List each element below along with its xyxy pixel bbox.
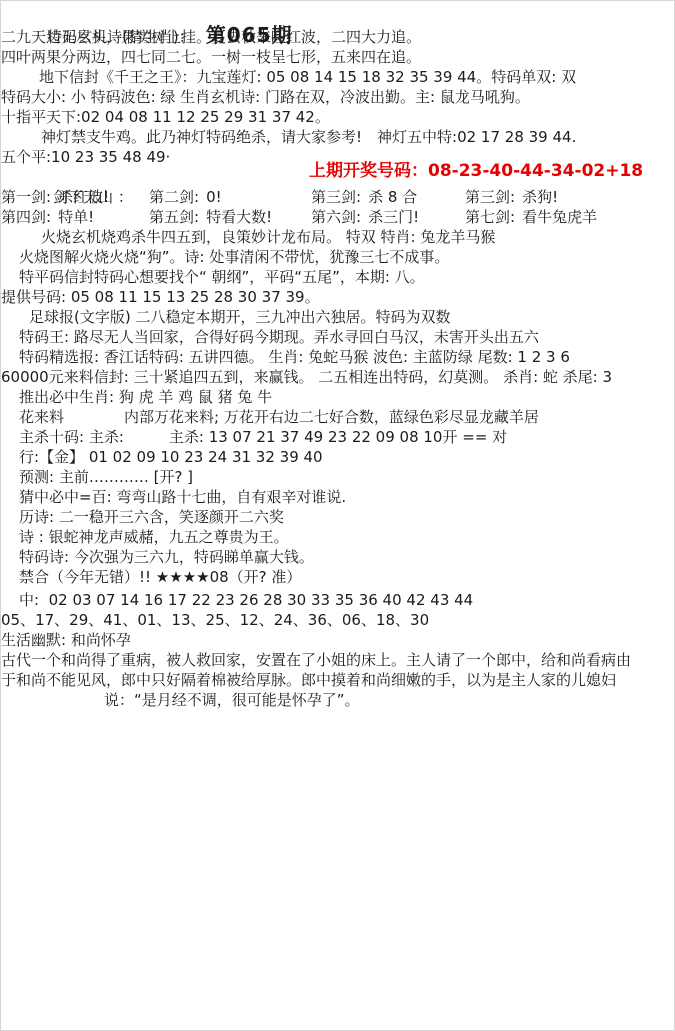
sword-7-value: 杀三门!: [368, 208, 419, 226]
lottery-tip-sheet: 特码玄机诗(猜生肖)：第065期 二九天边无尽头，果实树上挂。夏去秋来旺红波，二…: [0, 0, 675, 1031]
sword-5-value: 特单!: [58, 208, 94, 226]
tema-poem-line: 特码诗: 今次强为三六九，特码睇单赢大钱。: [1, 547, 674, 567]
sword-6-value: 特看大数!: [206, 208, 272, 226]
sword-2-value: 0!: [206, 188, 222, 206]
guess-hit-line: 猜中必中=百: 弯弯山路十七曲，自有艰辛对谁说.: [1, 487, 674, 507]
page-title: 特码玄机诗(猜生肖)：第065期: [1, 5, 674, 27]
number-sequence-line: 05、17、29、41、01、13、25、12、24、36、06、18、30: [1, 610, 674, 630]
sword-row-2: 第四剑:特单! 第五剑:特看大数! 第六剑:杀三门! 第七剑:看牛兔虎羊: [1, 207, 674, 227]
sword-section-header: 剑下天山 ： 上期开奖号码：08-23-40-44-34-02+18: [1, 167, 674, 187]
forecast-line: 预测: 主前………… [开? ]: [1, 467, 674, 487]
sword-8: 第七剑:看牛兔虎羊: [465, 207, 674, 227]
material-envelope-line: 60000元来料信封: 三十紧追四五到，来赢钱。 二五相连出特码，幻莫测。 杀肖…: [1, 367, 674, 387]
humor-story-line-1: 古代一个和尚得了重病，被人救回家，安置在了小姐的床上。主人请了一个郎中，给和尚看…: [1, 650, 674, 670]
dixia-envelope-line: 地下信封《千王之王》：九宝莲灯: 05 08 14 15 18 32 35 39…: [1, 67, 674, 87]
sword-6-label: 第五剑:: [149, 208, 199, 226]
sword-section-label: 剑下天山 ：: [20, 187, 133, 207]
humor-story-line-3: 说：“是月经不调，很可能是怀孕了”。: [1, 690, 674, 710]
flower-material-line: 花来料 内部万花来料; 万花开右边二七好合数，蓝绿色彩尽显龙藏羊居: [1, 407, 674, 427]
sword-3-label: 第三剑:: [311, 188, 361, 206]
last-draw-numbers: 上期开奖号码：08-23-40-44-34-02+18: [309, 161, 643, 181]
gold-row-line: 行:【金】 01 02 09 10 23 24 31 32 39 40: [1, 447, 674, 467]
sword-3: 第三剑:杀 8 合: [311, 187, 465, 207]
football-paper-line: 足球报(文字版) 二八稳定本期开，三九冲出六独居。特码为双数: [1, 307, 674, 327]
ten-fingers-line: 十指平天下:02 04 08 11 12 25 29 31 37 42。: [1, 107, 674, 127]
hit-numbers-line: 中: 02 03 07 14 16 17 22 23 26 28 30 33 3…: [1, 590, 674, 610]
calendar-poem-line: 历诗: 二一稳开三六含，笑逐颜开二六奖: [1, 507, 674, 527]
sword-2-label: 第二剑:: [149, 188, 199, 206]
main-kill-ten-line: 主杀十码: 主杀: 主杀: 13 07 21 37 49 23 22 09 08…: [1, 427, 674, 447]
teping-envelope-line: 特平码信封特码心想要找个“ 朝纲”，平码“五尾”，本期: 八。: [1, 267, 674, 287]
huoshao-line-1: 火烧玄机烧鸡杀牛四五到，良策妙计龙布局。 特双 特肖: 兔龙羊马猴: [1, 227, 674, 247]
tema-king-line: 特码王: 路尽无人当回家，合得好码今期现。弄水寻回白马汉，未害开头出五六: [1, 327, 674, 347]
forbidden-combo-line: 禁合（今年无错）!! ★★★★08（开? 准）: [1, 567, 674, 587]
sword-8-value: 看牛兔虎羊: [522, 208, 597, 226]
size-wave-line: 特码大小: 小 特码波色: 绿 生肖玄机诗: 门路在双，冷波出勤。主: 鼠龙马吼…: [1, 87, 674, 107]
sword-3-value: 杀 8 合: [368, 188, 417, 206]
selected-report-line: 特码精选报: 香江话特码: 五讲四德。 生肖: 兔蛇马猴 波色: 主蓝防绿 尾数…: [1, 347, 674, 367]
sword-8-label: 第七剑:: [465, 208, 515, 226]
huoshao-line-2: 火烧图解火烧火烧“狗”。诗: 处事清闲不带忧，犹豫三七不成事。: [1, 247, 674, 267]
sword-4-label: 第三剑:: [465, 188, 515, 206]
sword-2: 第二剑:0!: [149, 187, 311, 207]
sword-4-value: 杀狗!: [522, 188, 558, 206]
poem-line: 诗 : 银蛇神龙声威赭，九五之尊贵为王。: [1, 527, 674, 547]
sword-4: 第三剑:杀狗!: [465, 187, 674, 207]
magic-lamp-line: 神灯禁支牛鸡。此乃神灯特码绝杀，请大家参考! 神灯五中特:02 17 28 39…: [1, 127, 674, 147]
sword-5: 第四剑:特单!: [1, 207, 149, 227]
sword-7: 第六剑:杀三门!: [311, 207, 465, 227]
humor-title: 生活幽默: 和尚怀孕: [1, 630, 674, 650]
sword-6: 第五剑:特看大数!: [149, 207, 311, 227]
mystic-poem-line-2: 四叶两果分两边，四七同二七。一树一枝呈七形，五来四在追。: [1, 47, 674, 67]
must-hit-zodiac-line: 推出必中生肖: 狗 虎 羊 鸡 鼠 猪 兔 牛: [1, 387, 674, 407]
provided-numbers-line: 提供号码: 05 08 11 15 13 25 28 30 37 39。: [1, 287, 674, 307]
mystic-poem-line-1: 二九天边无尽头，果实树上挂。夏去秋来旺红波，二四大力追。: [1, 27, 674, 47]
sword-7-label: 第六剑:: [311, 208, 361, 226]
humor-story-line-2: 于和尚不能见风，郎中只好隔着棉被给厚脉。郎中摸着和尚细嫩的手，以为是主人家的儿媳…: [1, 670, 674, 690]
